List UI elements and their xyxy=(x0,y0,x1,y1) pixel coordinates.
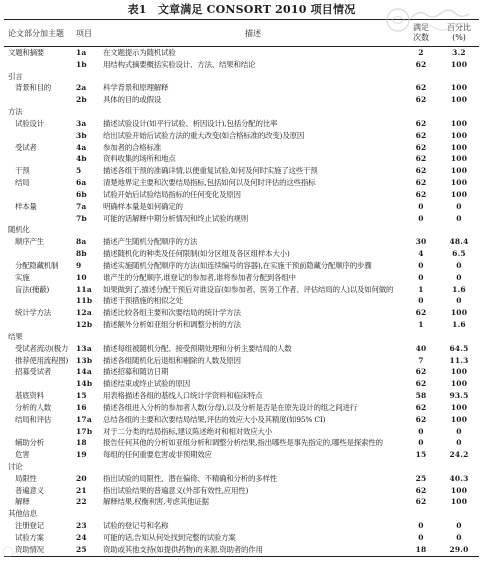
section-label-cell: 其他信息 xyxy=(4,508,479,520)
percentage-cell: 40.3 xyxy=(439,473,479,485)
topic-cell xyxy=(4,378,74,390)
satisfied-count-cell: 7 xyxy=(403,355,439,367)
satisfied-count-cell: 2 xyxy=(403,47,439,59)
item-number-cell: 1a xyxy=(74,47,103,59)
header-row: 论文部分加主题 项目 描述 满足 次数 百分比 (%) xyxy=(4,20,479,47)
col-header-satisfied-count: 满足 次数 xyxy=(403,20,439,47)
item-number-cell: 4a xyxy=(74,142,103,154)
topic-cell: 招募受试者 xyxy=(4,366,74,378)
percentage-cell: 100 xyxy=(439,402,479,414)
item-number-cell: 20 xyxy=(74,473,103,485)
topic-cell: 统计学方法 xyxy=(4,307,74,319)
satisfied-count-cell: 62 xyxy=(403,118,439,130)
satisfied-count-cell: 62 xyxy=(403,177,439,189)
item-number-cell: 3b xyxy=(74,130,103,142)
topic-cell: 试验方案 xyxy=(4,532,74,544)
item-row: 盲法(掩蔽)11a如果做到了,描述分配干预后对谁设盲(如参加者、医务工作者、评估… xyxy=(4,284,479,296)
percentage-cell: 100 xyxy=(439,177,479,189)
description-cell: 参加者的合格标准 xyxy=(103,142,403,154)
percentage-cell: 100 xyxy=(439,153,479,165)
topic-cell xyxy=(4,319,74,331)
description-cell: 清楚地界定主要和次要结局指标,包括如何以及何时评估的这些指标 xyxy=(103,177,403,189)
topic-cell: 受试者 xyxy=(4,142,74,154)
col-header-description: 描述 xyxy=(103,20,403,47)
satisfied-count-cell: 0 xyxy=(403,213,439,225)
item-number-cell: 14a xyxy=(74,366,103,378)
item-row: 4b资料收集的场所和地点62100 xyxy=(4,153,479,165)
satisfied-count-cell: 30 xyxy=(403,236,439,248)
topic-cell: 资助情况 xyxy=(4,544,74,556)
satisfied-count-cell: 62 xyxy=(403,378,439,390)
percentage-cell: 100 xyxy=(439,307,479,319)
percentage-cell: 3.2 xyxy=(439,47,479,59)
satisfied-count-cell: 0 xyxy=(403,272,439,284)
section-row: 讨论 xyxy=(4,461,479,473)
item-row: 推荐使用流程图)13b描述各组随机化后退组和剔除的人数及原因711.3 xyxy=(4,355,479,367)
description-cell: 指出试验的局限性、潜在偏倚、不精确和分析的多样性 xyxy=(103,473,403,485)
description-cell: 试验开始后试验结局指标的任何变化及原因 xyxy=(103,189,403,201)
col-header-item: 项目 xyxy=(74,20,103,47)
topic-cell xyxy=(4,189,74,201)
satisfied-count-cell: 62 xyxy=(403,82,439,94)
description-cell: 描述产生随机分配顺序的方法 xyxy=(103,236,403,248)
satisfied-count-cell: 0 xyxy=(403,520,439,532)
item-row: 基底资料15用表格描述各组的基线人口统计学资料和临床特点5893.5 xyxy=(4,390,479,402)
topic-cell: 结局 xyxy=(4,177,74,189)
topic-cell: 结局和评估 xyxy=(4,414,74,426)
item-row: 实施10谁产生的分配顺序,谁登记的参加者,谁将参加者分配到各组中00 xyxy=(4,272,479,284)
topic-cell: 注册登记 xyxy=(4,520,74,532)
item-row: 干预5描述各组干预的准确详情,以便重复试验,如何及何时实施了这些干预62100 xyxy=(4,165,479,177)
topic-cell xyxy=(4,248,74,260)
section-row: 引言 xyxy=(4,71,479,83)
item-number-cell: 13a xyxy=(74,343,103,355)
section-label-cell: 讨论 xyxy=(4,461,479,473)
item-row: 背景和目的2a科学背景和原理解释62100 xyxy=(4,82,479,94)
description-cell: 明确样本量是如何确定的 xyxy=(103,201,403,213)
percentage-cell: 100 xyxy=(439,82,479,94)
item-number-cell: 12a xyxy=(74,307,103,319)
table-title: 表1 文章满足 CONSORT 2010 项目情况 xyxy=(0,0,483,19)
description-cell: 如果做到了,描述分配干预后对谁设盲(如参加者、医务工作者、评估结局的人)以及如何… xyxy=(103,284,403,296)
topic-cell: 顺序产生 xyxy=(4,236,74,248)
satisfied-count-cell: 40 xyxy=(403,343,439,355)
percentage-cell: 64.5 xyxy=(439,343,479,355)
item-number-cell: 2b xyxy=(74,94,103,106)
item-row: 2b具体的目的或假设62100 xyxy=(4,94,479,106)
item-row: 试验方案24可能的话,告知从何处找到完整的试验方案00 xyxy=(4,532,479,544)
topic-cell: 基底资料 xyxy=(4,390,74,402)
percentage-cell: 0 xyxy=(439,437,479,449)
description-cell: 试验的登记号和名称 xyxy=(103,520,403,532)
description-cell: 描述随机化的种类及任何限制(如分区组及各区组样本大小) xyxy=(103,248,403,260)
item-row: 文题和摘要1a在文题提示为随机试验23.2 xyxy=(4,47,479,59)
topic-cell: 干预 xyxy=(4,165,74,177)
satisfied-count-cell: 62 xyxy=(403,165,439,177)
item-number-cell: 18 xyxy=(74,437,103,449)
percentage-cell: 6.5 xyxy=(439,248,479,260)
item-row: 11b描述干预措施的相似之处00 xyxy=(4,295,479,307)
satisfied-count-cell: 0 xyxy=(403,201,439,213)
percentage-cell: 0 xyxy=(439,520,479,532)
section-row: 结果 xyxy=(4,331,479,343)
satisfied-count-cell: 0 xyxy=(403,532,439,544)
percentage-cell: 11.3 xyxy=(439,355,479,367)
item-number-cell: 17b xyxy=(74,426,103,438)
item-row: 注册登记23试验的登记号和名称00 xyxy=(4,520,479,532)
satisfied-count-cell: 0 xyxy=(403,437,439,449)
topic-cell: 辅助分析 xyxy=(4,437,74,449)
item-row: 辅助分析18报告任何其他的分析如亚组分析和调整分析结果,指出哪些是事先指定的,哪… xyxy=(4,437,479,449)
item-number-cell: 4b xyxy=(74,153,103,165)
description-cell: 谁产生的分配顺序,谁登记的参加者,谁将参加者分配到各组中 xyxy=(103,272,403,284)
topic-cell: 分析的人数 xyxy=(4,402,74,414)
satisfied-count-cell: 62 xyxy=(403,414,439,426)
topic-cell xyxy=(4,94,74,106)
consort-checklist-table: 论文部分加主题 项目 描述 满足 次数 百分比 (%) 文题和摘要1a在文题提示… xyxy=(4,19,479,557)
satisfied-count-cell: 62 xyxy=(403,142,439,154)
percentage-cell: 0 xyxy=(439,201,479,213)
item-row: 12b描述额外分析如亚组分析和调整分析的方法11.6 xyxy=(4,319,479,331)
topic-cell: 试验设计 xyxy=(4,118,74,130)
percentage-cell: 100 xyxy=(439,118,479,130)
topic-cell: 解释 xyxy=(4,496,74,508)
item-number-cell: 22 xyxy=(74,496,103,508)
item-row: 顺序产生8a描述产生随机分配顺序的方法3048.4 xyxy=(4,236,479,248)
section-label-cell: 结果 xyxy=(4,331,479,343)
section-row: 其他信息 xyxy=(4,508,479,520)
percentage-cell: 100 xyxy=(439,414,479,426)
item-row: 分析的人数16描述各组进入分析的参加者人数(分母),以及分析是否是在原先设计的组… xyxy=(4,402,479,414)
topic-cell: 局限性 xyxy=(4,473,74,485)
item-row: 危害19每组的任何重要危害或非预期效应1524.2 xyxy=(4,449,479,461)
description-cell: 对于二分类的结局指标,建议陈述绝对和相对效应大小 xyxy=(103,426,403,438)
description-cell: 描述额外分析如亚组分析和调整分析的方法 xyxy=(103,319,403,331)
percentage-cell: 1.6 xyxy=(439,284,479,296)
item-row: 3b给出试验开始后试验方法的重大改变(如合格标准的改变)及原因62100 xyxy=(4,130,479,142)
percentage-cell: 100 xyxy=(439,59,479,71)
item-number-cell: 3a xyxy=(74,118,103,130)
topic-cell: 文题和摘要 xyxy=(4,47,74,59)
description-cell: 描述各组随机化后退组和剔除的人数及原因 xyxy=(103,355,403,367)
item-row: 8b描述随机化的种类及任何限制(如分区组及各区组样本大小)46.5 xyxy=(4,248,479,260)
item-number-cell: 1b xyxy=(74,59,103,71)
description-cell: 描述各组干预的准确详情,以便重复试验,如何及何时实施了这些干预 xyxy=(103,165,403,177)
item-number-cell: 13b xyxy=(74,355,103,367)
section-label-cell: 随机化 xyxy=(4,224,479,236)
percentage-cell: 100 xyxy=(439,366,479,378)
satisfied-count-cell: 62 xyxy=(403,130,439,142)
satisfied-count-cell: 62 xyxy=(403,402,439,414)
description-cell: 每组的任何重要危害或非预期效应 xyxy=(103,449,403,461)
item-number-cell: 15 xyxy=(74,390,103,402)
topic-cell xyxy=(4,130,74,142)
pct-header-line2: (%) xyxy=(439,33,479,44)
satisfied-count-cell: 62 xyxy=(403,496,439,508)
satisfied-count-cell: 62 xyxy=(403,153,439,165)
description-cell: 描述各组进入分析的参加者人数(分母),以及分析是否是在原先设计的组之间进行 xyxy=(103,402,403,414)
description-cell: 可能的话解释中期分析情况和终止试验的规则 xyxy=(103,213,403,225)
item-row: 7b可能的话解释中期分析情况和终止试验的规则00 xyxy=(4,213,479,225)
description-cell: 解释结果,权衡利害,考虑其他证据 xyxy=(103,496,403,508)
satisfied-count-cell: 0 xyxy=(403,426,439,438)
percentage-cell: 0 xyxy=(439,260,479,272)
topic-cell: 分配隐藏机制 xyxy=(4,260,74,272)
item-row: 招募受试者14a描述招募和随访日期62100 xyxy=(4,366,479,378)
section-row: 随机化 xyxy=(4,224,479,236)
description-cell: 可能的话,告知从何处找到完整的试验方案 xyxy=(103,532,403,544)
section-label-cell: 引言 xyxy=(4,71,479,83)
satisfied-count-cell: 1 xyxy=(403,319,439,331)
topic-cell: 受试者流动(极力 xyxy=(4,343,74,355)
satisfied-count-cell: 62 xyxy=(403,307,439,319)
item-number-cell: 6a xyxy=(74,177,103,189)
item-row: 17b对于二分类的结局指标,建议陈述绝对和相对效应大小00 xyxy=(4,426,479,438)
satisfied-count-cell: 0 xyxy=(403,260,439,272)
item-row: 结局6a清楚地界定主要和次要结局指标,包括如何以及何时评估的这些指标62100 xyxy=(4,177,479,189)
item-row: 14b描述结束或终止试验的原因62100 xyxy=(4,378,479,390)
percentage-cell: 100 xyxy=(439,378,479,390)
count-header-line1: 满足 xyxy=(403,23,439,34)
item-number-cell: 23 xyxy=(74,520,103,532)
topic-cell: 盲法(掩蔽) xyxy=(4,284,74,296)
satisfied-count-cell: 0 xyxy=(403,295,439,307)
satisfied-count-cell: 58 xyxy=(403,390,439,402)
satisfied-count-cell: 4 xyxy=(403,248,439,260)
percentage-cell: 0 xyxy=(439,295,479,307)
topic-cell xyxy=(4,153,74,165)
item-number-cell: 10 xyxy=(74,272,103,284)
satisfied-count-cell: 25 xyxy=(403,473,439,485)
item-row: 解释22解释结果,权衡利害,考虑其他证据62100 xyxy=(4,496,479,508)
satisfied-count-cell: 62 xyxy=(403,485,439,497)
satisfied-count-cell: 62 xyxy=(403,189,439,201)
percentage-cell: 100 xyxy=(439,94,479,106)
item-number-cell: 12b xyxy=(74,319,103,331)
topic-cell xyxy=(4,59,74,71)
description-cell: 描述试验设计(如平行试验、析因设计),包括分配的比率 xyxy=(103,118,403,130)
topic-cell: 普遍意义 xyxy=(4,485,74,497)
description-cell: 用结构式摘要概括实验设计、方法、结果和结论 xyxy=(103,59,403,71)
description-cell: 用表格描述各组的基线人口统计学资料和临床特点 xyxy=(103,390,403,402)
description-cell: 在文题提示为随机试验 xyxy=(103,47,403,59)
item-number-cell: 11b xyxy=(74,295,103,307)
item-row: 局限性20指出试验的局限性、潜在偏倚、不精确和分析的多样性2540.3 xyxy=(4,473,479,485)
item-number-cell: 17a xyxy=(74,414,103,426)
description-cell: 资料收集的场所和地点 xyxy=(103,153,403,165)
description-cell: 总结各组的主要和次要结局结果,评估的效应大小及其精度(如95% CI) xyxy=(103,414,403,426)
satisfied-count-cell: 15 xyxy=(403,449,439,461)
topic-cell xyxy=(4,426,74,438)
item-number-cell: 7b xyxy=(74,213,103,225)
item-row: 6b试验开始后试验结局指标的任何变化及原因62100 xyxy=(4,189,479,201)
percentage-cell: 100 xyxy=(439,189,479,201)
description-cell: 具体的目的或假设 xyxy=(103,94,403,106)
item-row: 受试者4a参加者的合格标准62100 xyxy=(4,142,479,154)
topic-cell: 背景和目的 xyxy=(4,82,74,94)
topic-cell xyxy=(4,213,74,225)
description-cell: 科学背景和原理解释 xyxy=(103,82,403,94)
percentage-cell: 1.6 xyxy=(439,319,479,331)
pct-header-line1: 百分比 xyxy=(439,23,479,34)
description-cell: 描述每组被随机分配、接受预期处理和分析主要结局的人数 xyxy=(103,343,403,355)
count-header-line2: 次数 xyxy=(403,33,439,44)
item-number-cell: 25 xyxy=(74,544,103,556)
satisfied-count-cell: 62 xyxy=(403,59,439,71)
item-number-cell: 6b xyxy=(74,189,103,201)
percentage-cell: 0 xyxy=(439,426,479,438)
item-row: 受试者流动(极力13a描述每组被随机分配、接受预期处理和分析主要结局的人数406… xyxy=(4,343,479,355)
col-header-section-topic: 论文部分加主题 xyxy=(4,20,74,47)
description-cell: 给出试验开始后试验方法的重大改变(如合格标准的改变)及原因 xyxy=(103,130,403,142)
description-cell: 指出试验结果的普遍意义(外部有效性,应用性) xyxy=(103,485,403,497)
item-row: 资助情况25资助或其他支持(如提供药物)的来源,资助者的作用1829.0 xyxy=(4,544,479,556)
description-cell: 描述实施随机分配顺序的方法(如连续编号的容器),在实施干预前隐藏分配顺序的步骤 xyxy=(103,260,403,272)
item-row: 样本量7a明确样本量是如何确定的00 xyxy=(4,201,479,213)
item-row: 结局和评估17a总结各组的主要和次要结局结果,评估的效应大小及其精度(如95% … xyxy=(4,414,479,426)
description-cell: 资助或其他支持(如提供药物)的来源,资助者的作用 xyxy=(103,544,403,556)
percentage-cell: 29.0 xyxy=(439,544,479,556)
section-row: 方法 xyxy=(4,106,479,118)
description-cell: 描述比较各组主要和次要结局的统计学方法 xyxy=(103,307,403,319)
percentage-cell: 100 xyxy=(439,485,479,497)
percentage-cell: 24.2 xyxy=(439,449,479,461)
item-number-cell: 8a xyxy=(74,236,103,248)
item-number-cell: 2a xyxy=(74,82,103,94)
description-cell: 描述干预措施的相似之处 xyxy=(103,295,403,307)
topic-cell xyxy=(4,295,74,307)
percentage-cell: 0 xyxy=(439,213,479,225)
section-label-cell: 方法 xyxy=(4,106,479,118)
percentage-cell: 0 xyxy=(439,532,479,544)
item-number-cell: 21 xyxy=(74,485,103,497)
item-number-cell: 14b xyxy=(74,378,103,390)
item-number-cell: 24 xyxy=(74,532,103,544)
satisfied-count-cell: 18 xyxy=(403,544,439,556)
satisfied-count-cell: 62 xyxy=(403,366,439,378)
percentage-cell: 48.4 xyxy=(439,236,479,248)
topic-cell: 推荐使用流程图) xyxy=(4,355,74,367)
item-row: 1b用结构式摘要概括实验设计、方法、结果和结论62100 xyxy=(4,59,479,71)
item-number-cell: 5 xyxy=(74,165,103,177)
description-cell: 描述结束或终止试验的原因 xyxy=(103,378,403,390)
percentage-cell: 100 xyxy=(439,142,479,154)
percentage-cell: 93.5 xyxy=(439,390,479,402)
item-number-cell: 8b xyxy=(74,248,103,260)
item-number-cell: 11a xyxy=(74,284,103,296)
percentage-cell: 100 xyxy=(439,496,479,508)
item-number-cell: 7a xyxy=(74,201,103,213)
percentage-cell: 100 xyxy=(439,165,479,177)
table-body: 文题和摘要1a在文题提示为随机试验23.21b用结构式摘要概括实验设计、方法、结… xyxy=(4,47,479,557)
item-row: 统计学方法12a描述比较各组主要和次要结局的统计学方法62100 xyxy=(4,307,479,319)
description-cell: 描述招募和随访日期 xyxy=(103,366,403,378)
col-header-percentage: 百分比 (%) xyxy=(439,20,479,47)
item-number-cell: 9 xyxy=(74,260,103,272)
topic-cell: 样本量 xyxy=(4,201,74,213)
item-number-cell: 16 xyxy=(74,402,103,414)
item-row: 普遍意义21指出试验结果的普遍意义(外部有效性,应用性)62100 xyxy=(4,485,479,497)
percentage-cell: 0 xyxy=(439,272,479,284)
item-row: 试验设计3a描述试验设计(如平行试验、析因设计),包括分配的比率62100 xyxy=(4,118,479,130)
topic-cell: 危害 xyxy=(4,449,74,461)
percentage-cell: 100 xyxy=(439,130,479,142)
description-cell: 报告任何其他的分析如亚组分析和调整分析结果,指出哪些是事先指定的,哪些是探索性的 xyxy=(103,437,403,449)
satisfied-count-cell: 1 xyxy=(403,284,439,296)
table-header: 论文部分加主题 项目 描述 满足 次数 百分比 (%) xyxy=(4,20,479,47)
item-row: 分配隐藏机制9描述实施随机分配顺序的方法(如连续编号的容器),在实施干预前隐藏分… xyxy=(4,260,479,272)
satisfied-count-cell: 62 xyxy=(403,94,439,106)
topic-cell: 实施 xyxy=(4,272,74,284)
item-number-cell: 19 xyxy=(74,449,103,461)
